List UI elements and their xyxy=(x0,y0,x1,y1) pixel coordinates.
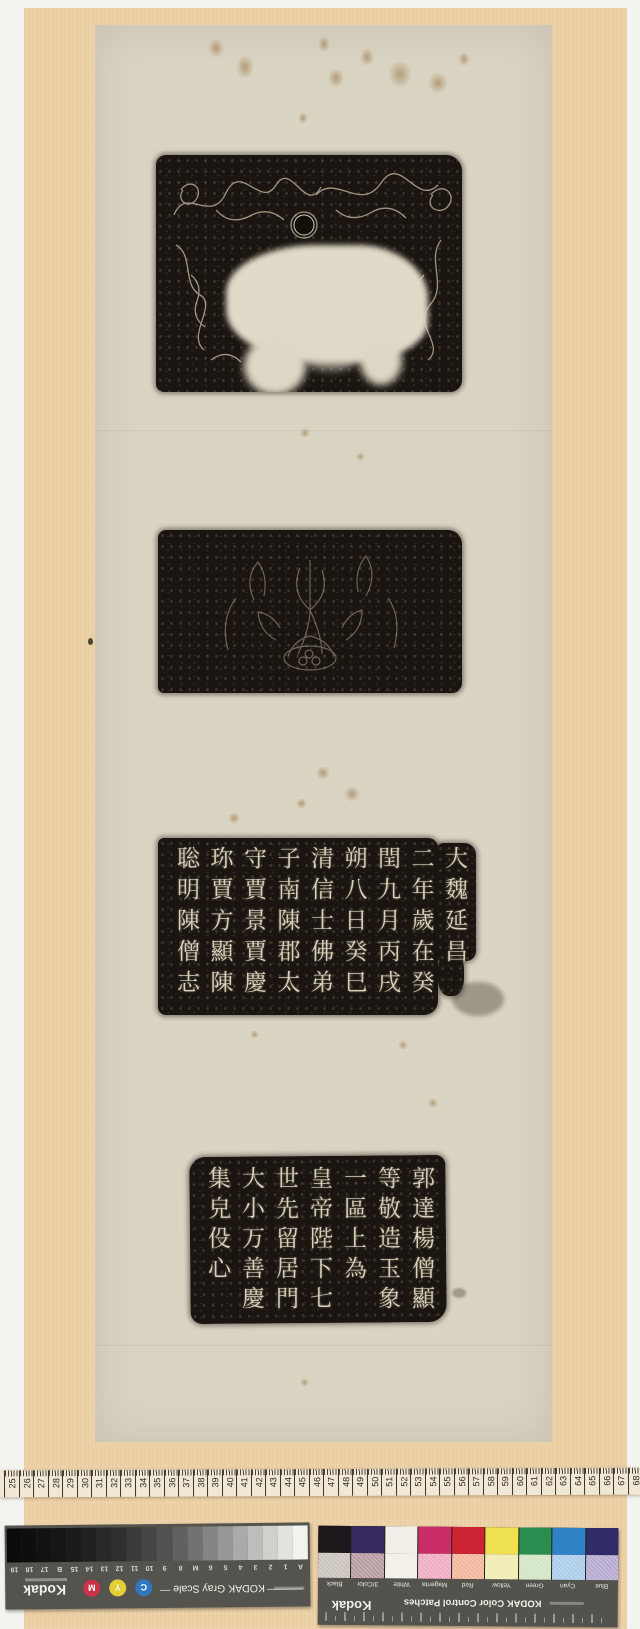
tape-segment: 33 xyxy=(120,1470,136,1497)
tape-segment: 59 xyxy=(497,1468,513,1495)
inscription-column: 集皃伇心 xyxy=(200,1166,234,1322)
color-patch-label: Red xyxy=(451,1579,484,1591)
tape-number: 26 xyxy=(22,1476,32,1491)
gray-step-label: 19 xyxy=(7,1562,22,1575)
gray-step-label: 17 xyxy=(37,1562,52,1575)
paper-stain xyxy=(458,52,470,66)
paper-stain xyxy=(360,48,374,66)
gray-step-label: 12 xyxy=(112,1561,127,1574)
tape-segment: 68 xyxy=(627,1468,640,1495)
inscription-column: 郭達楊僧顯 xyxy=(404,1166,438,1322)
tape-segment: 47 xyxy=(323,1469,339,1496)
tape-segment: 40 xyxy=(221,1469,237,1496)
gray-patch xyxy=(202,1526,217,1560)
gray-patch xyxy=(247,1526,262,1560)
tape-segment: 34 xyxy=(134,1470,150,1497)
tape-number: 29 xyxy=(65,1476,75,1491)
color-patch-label: Green xyxy=(518,1579,551,1591)
tape-segment: 61 xyxy=(526,1468,542,1495)
gray-step-label: 6 xyxy=(203,1560,218,1573)
color-patch-column xyxy=(585,1528,618,1580)
gray-patch xyxy=(262,1526,277,1560)
tape-number: 32 xyxy=(109,1476,119,1491)
tape-number: 52 xyxy=(399,1474,409,1489)
color-patch-column xyxy=(318,1526,351,1578)
inscription-column: 珎賈方顯陳 xyxy=(202,846,236,1014)
color-patch-tint xyxy=(418,1554,451,1579)
paper-stain xyxy=(300,428,310,438)
tape-segment: 63 xyxy=(555,1468,571,1495)
gray-patch xyxy=(232,1526,247,1560)
tape-segment: 30 xyxy=(76,1470,92,1497)
frame-window-blob xyxy=(244,337,306,392)
kodak-gray-scale-strip: 191817B15141312111098M654321A Kodak M Y … xyxy=(5,1522,311,1609)
paper-stain xyxy=(300,1378,309,1387)
paper-stain xyxy=(316,766,330,780)
tape-segment: 53 xyxy=(410,1469,426,1496)
gray-scale-footer: Kodak M Y C KODAK Gray Scale xyxy=(5,1572,310,1605)
gray-step-label: 18 xyxy=(22,1562,37,1575)
color-patches-title: KODAK Color Control Patches xyxy=(404,1596,542,1608)
color-patch-solid xyxy=(352,1526,385,1553)
tape-number: 44 xyxy=(283,1475,293,1490)
color-patch-tint xyxy=(351,1553,384,1578)
paper-stain xyxy=(296,798,307,809)
frame-window-blob xyxy=(360,337,402,385)
tape-segment: 36 xyxy=(163,1470,179,1497)
tape-number: 56 xyxy=(457,1474,467,1489)
gray-patch xyxy=(217,1526,232,1560)
tape-number: 33 xyxy=(123,1476,133,1491)
paper-stain xyxy=(428,72,448,94)
color-patch-label: Cyan xyxy=(551,1580,584,1592)
tape-number: 25 xyxy=(7,1476,17,1491)
tape-segment: 45 xyxy=(294,1469,310,1496)
paper-stain xyxy=(236,55,254,79)
tape-segment: 55 xyxy=(439,1468,455,1495)
tape-segment: 57 xyxy=(468,1468,484,1495)
gray-patch xyxy=(112,1527,127,1561)
color-patches-footer: Kodak KODAK Color Control Patches xyxy=(318,1590,618,1627)
gray-patch xyxy=(52,1528,67,1562)
inscription-column: 二年歲在癸 xyxy=(403,846,437,1014)
tape-number: 37 xyxy=(181,1475,191,1490)
color-patch-solid xyxy=(385,1526,418,1553)
tape-number: 67 xyxy=(616,1473,626,1488)
tape-number: 54 xyxy=(428,1474,438,1489)
inscription-upper-text: 大魏延昌二年歲在癸閏九月丙戌朔八日癸巳清信士佛弟子南陳郡太守賈景賈慶珎賈方顯陳聡… xyxy=(164,846,470,1014)
tape-segment: 67 xyxy=(613,1468,629,1495)
paper-stain xyxy=(228,812,240,824)
color-patch-tint xyxy=(385,1553,418,1578)
tape-number: 65 xyxy=(587,1474,597,1489)
tape-number: 28 xyxy=(51,1476,61,1491)
color-patch-label: Black xyxy=(318,1578,351,1590)
inscription-column: 一區上為 xyxy=(336,1166,370,1322)
inscription-column: 清信士佛弟 xyxy=(303,846,337,1014)
tape-number: 46 xyxy=(312,1475,322,1490)
kodak-logo: Kodak xyxy=(23,1582,66,1598)
paper-stain xyxy=(328,68,344,88)
color-patch-columns xyxy=(318,1526,618,1581)
color-patch-label: Magenta xyxy=(418,1579,451,1591)
tape-number: 27 xyxy=(36,1476,46,1491)
tape-segment: 32 xyxy=(105,1470,121,1497)
gray-step-label: A xyxy=(293,1559,308,1572)
tape-segment: 56 xyxy=(453,1468,469,1495)
tape-segment: 64 xyxy=(569,1468,585,1495)
gray-step-label: 10 xyxy=(142,1561,157,1574)
tape-number: 31 xyxy=(94,1476,104,1491)
gray-scale-title: KODAK Gray Scale xyxy=(173,1582,265,1595)
color-patch-label: Blue xyxy=(584,1580,617,1592)
gray-patch xyxy=(67,1528,82,1562)
tape-number: 41 xyxy=(239,1475,249,1490)
gray-step-label: 5 xyxy=(218,1560,233,1573)
paper-stain xyxy=(318,36,330,52)
inscription-column: 守賈景賈慶 xyxy=(236,846,270,1014)
tape-segment: 65 xyxy=(584,1468,600,1495)
gray-step-label: 15 xyxy=(67,1562,82,1575)
gray-scale-patches xyxy=(7,1525,308,1562)
paper-stain xyxy=(428,1098,438,1108)
color-patch-solid xyxy=(318,1526,351,1553)
color-patch-solid xyxy=(485,1527,518,1554)
gray-patch xyxy=(142,1527,157,1561)
gray-step-label: B xyxy=(52,1562,67,1575)
color-patch-solid xyxy=(452,1527,485,1554)
tape-segment: 60 xyxy=(511,1468,527,1495)
c-dot-icon: C xyxy=(135,1579,152,1596)
tape-segment: 43 xyxy=(265,1469,281,1496)
color-patch-column xyxy=(351,1526,384,1578)
color-patch-column xyxy=(452,1527,485,1579)
tape-segment: 42 xyxy=(250,1469,266,1496)
tape-number: 48 xyxy=(341,1475,351,1490)
inscription-column: 聡明陳僧志 xyxy=(169,846,203,1014)
tape-ruler: 2526272829303132333435363738394041424344… xyxy=(0,1468,640,1498)
color-patch-column xyxy=(519,1527,552,1579)
paper-stain xyxy=(208,38,224,58)
tape-segment: 46 xyxy=(308,1469,324,1496)
gray-step-label: 8 xyxy=(172,1561,187,1574)
tape-number: 59 xyxy=(500,1474,510,1489)
gray-step-label: 14 xyxy=(82,1562,97,1575)
tape-number: 66 xyxy=(602,1473,612,1488)
paper-stain xyxy=(88,638,93,645)
gray-patch xyxy=(127,1527,142,1561)
gray-step-label: 1 xyxy=(278,1560,293,1573)
tape-number: 43 xyxy=(268,1475,278,1490)
gray-step-label: 2 xyxy=(263,1560,278,1573)
color-patch-column xyxy=(385,1526,418,1578)
color-patch-solid xyxy=(419,1527,452,1554)
color-patch-tint xyxy=(552,1555,585,1580)
paper-stain xyxy=(398,1040,408,1050)
color-patch-tint xyxy=(318,1553,351,1578)
fine-print xyxy=(25,1578,67,1581)
rubbing-panel-lotus xyxy=(158,530,462,693)
inscription-column: 大小万善慶 xyxy=(234,1166,268,1322)
tape-segment: 28 xyxy=(47,1470,63,1497)
gray-step-label: 4 xyxy=(233,1560,248,1573)
tape-number: 50 xyxy=(370,1474,380,1489)
paper-stain xyxy=(298,112,308,124)
paper-crease xyxy=(95,1345,552,1346)
gray-patch xyxy=(157,1527,172,1561)
scan-stage: 大魏延昌二年歲在癸閏九月丙戌朔八日癸巳清信士佛弟子南陳郡太守賈景賈慶珎賈方顯陳聡… xyxy=(0,0,640,1629)
tape-number: 63 xyxy=(558,1474,568,1489)
inscription-column: 大魏延昌 xyxy=(437,846,471,1014)
color-patch-solid xyxy=(552,1528,585,1555)
tape-segment: 58 xyxy=(482,1468,498,1495)
tape-segment: 62 xyxy=(540,1468,556,1495)
tape-segment: 49 xyxy=(352,1469,368,1496)
inscription-lower-text: 郭達楊僧顯等敬造玉象一區上為皇帝陛下七世先留居門大小万善慶集皃伇心 xyxy=(198,1166,438,1322)
tape-number: 62 xyxy=(544,1474,554,1489)
gray-patch xyxy=(22,1528,37,1562)
color-patch-label: Yellow xyxy=(485,1579,518,1591)
tape-segment: 37 xyxy=(178,1470,194,1497)
fine-print xyxy=(550,1602,584,1605)
gray-step-label: 11 xyxy=(127,1561,142,1574)
paper-stain xyxy=(388,60,412,88)
color-patch-label: White xyxy=(385,1578,418,1590)
paper-crease xyxy=(95,430,552,431)
tape-number: 49 xyxy=(355,1475,365,1490)
tape-segment: 26 xyxy=(18,1470,34,1497)
tape-number: 58 xyxy=(486,1474,496,1489)
fine-print xyxy=(274,1586,304,1589)
gray-patch xyxy=(97,1527,112,1561)
paper-stain xyxy=(344,786,360,802)
tape-number: 47 xyxy=(326,1475,336,1490)
gray-patch xyxy=(277,1526,292,1560)
tape-number: 64 xyxy=(573,1474,583,1489)
tape-segment: 41 xyxy=(236,1469,252,1496)
mini-ruler xyxy=(326,1612,610,1623)
kodak-logo: Kodak xyxy=(332,1598,372,1613)
gray-patch xyxy=(187,1527,202,1561)
tape-segment: 52 xyxy=(395,1469,411,1496)
inscription-column: 世先留居門 xyxy=(268,1166,302,1322)
tape-number: 35 xyxy=(152,1475,162,1490)
tape-number: 36 xyxy=(167,1475,177,1490)
tape-segment: 44 xyxy=(279,1469,295,1496)
frame-window-blob xyxy=(306,351,356,371)
inscription-column: 皇帝陛下七 xyxy=(302,1166,336,1322)
color-patch-column xyxy=(552,1528,585,1580)
tape-segment: 31 xyxy=(91,1470,107,1497)
gray-step-label: M xyxy=(188,1561,203,1574)
ink-smudge xyxy=(452,1288,466,1298)
gray-patch xyxy=(82,1528,97,1562)
gray-patch xyxy=(292,1525,307,1559)
title-rule xyxy=(160,1590,170,1591)
tape-segment: 50 xyxy=(366,1469,382,1496)
tape-number: 30 xyxy=(80,1476,90,1491)
tape-number: 38 xyxy=(196,1475,206,1490)
gray-step-label: 3 xyxy=(248,1560,263,1573)
tape-number: 42 xyxy=(254,1475,264,1490)
m-dot-icon: M xyxy=(83,1580,100,1597)
gray-step-label: 13 xyxy=(97,1561,112,1574)
lotus-drawing-svg xyxy=(158,530,462,693)
tape-segment: 25 xyxy=(4,1470,20,1497)
tape-number: 68 xyxy=(631,1473,640,1488)
tape-segment: 66 xyxy=(598,1468,614,1495)
tape-number: 55 xyxy=(442,1474,452,1489)
inscription-column: 子南陳郡太 xyxy=(269,846,303,1014)
paper-stain xyxy=(356,452,365,461)
gray-patch xyxy=(7,1528,22,1562)
tape-number: 34 xyxy=(138,1476,148,1491)
inscription-column: 閏九月丙戌 xyxy=(370,846,404,1014)
tape-segment: 48 xyxy=(337,1469,353,1496)
tape-number: 45 xyxy=(297,1475,307,1490)
tape-segment: 29 xyxy=(62,1470,78,1497)
color-patch-tint xyxy=(585,1555,618,1580)
color-patch-tint xyxy=(519,1554,552,1579)
color-patch-column xyxy=(418,1527,451,1579)
inscription-column: 等敬造玉象 xyxy=(370,1166,404,1322)
tape-number: 60 xyxy=(515,1474,525,1489)
tape-number: 61 xyxy=(529,1474,539,1489)
tape-segment: 51 xyxy=(381,1469,397,1496)
tape-segment: 27 xyxy=(33,1470,49,1497)
color-patch-column xyxy=(485,1527,518,1579)
gray-patch xyxy=(172,1527,187,1561)
tape-segment: 35 xyxy=(149,1470,165,1497)
inscription-column: 朔八日癸巳 xyxy=(336,846,370,1014)
gray-patch xyxy=(37,1528,52,1562)
kodak-color-patches-strip: Black3/ColorWhiteMagentaRedYellowGreenCy… xyxy=(318,1526,619,1628)
color-patch-tint xyxy=(485,1554,518,1579)
color-patch-tint xyxy=(452,1554,485,1579)
rubbing-panel-frame xyxy=(156,155,462,392)
tape-number: 40 xyxy=(225,1475,235,1490)
gray-step-label: 9 xyxy=(157,1561,172,1574)
tape-number: 39 xyxy=(210,1475,220,1490)
y-dot-icon: Y xyxy=(109,1579,126,1596)
tape-segment: 54 xyxy=(424,1468,440,1495)
color-patch-label: 3/Color xyxy=(351,1578,384,1590)
color-patch-solid xyxy=(586,1528,619,1555)
tape-number: 53 xyxy=(413,1474,423,1489)
tape-number: 57 xyxy=(471,1474,481,1489)
paper-stain xyxy=(250,1030,259,1039)
tape-segment: 39 xyxy=(207,1469,223,1496)
color-patch-solid xyxy=(519,1527,552,1554)
tape-number: 51 xyxy=(384,1474,394,1489)
tape-segment: 38 xyxy=(192,1469,208,1496)
